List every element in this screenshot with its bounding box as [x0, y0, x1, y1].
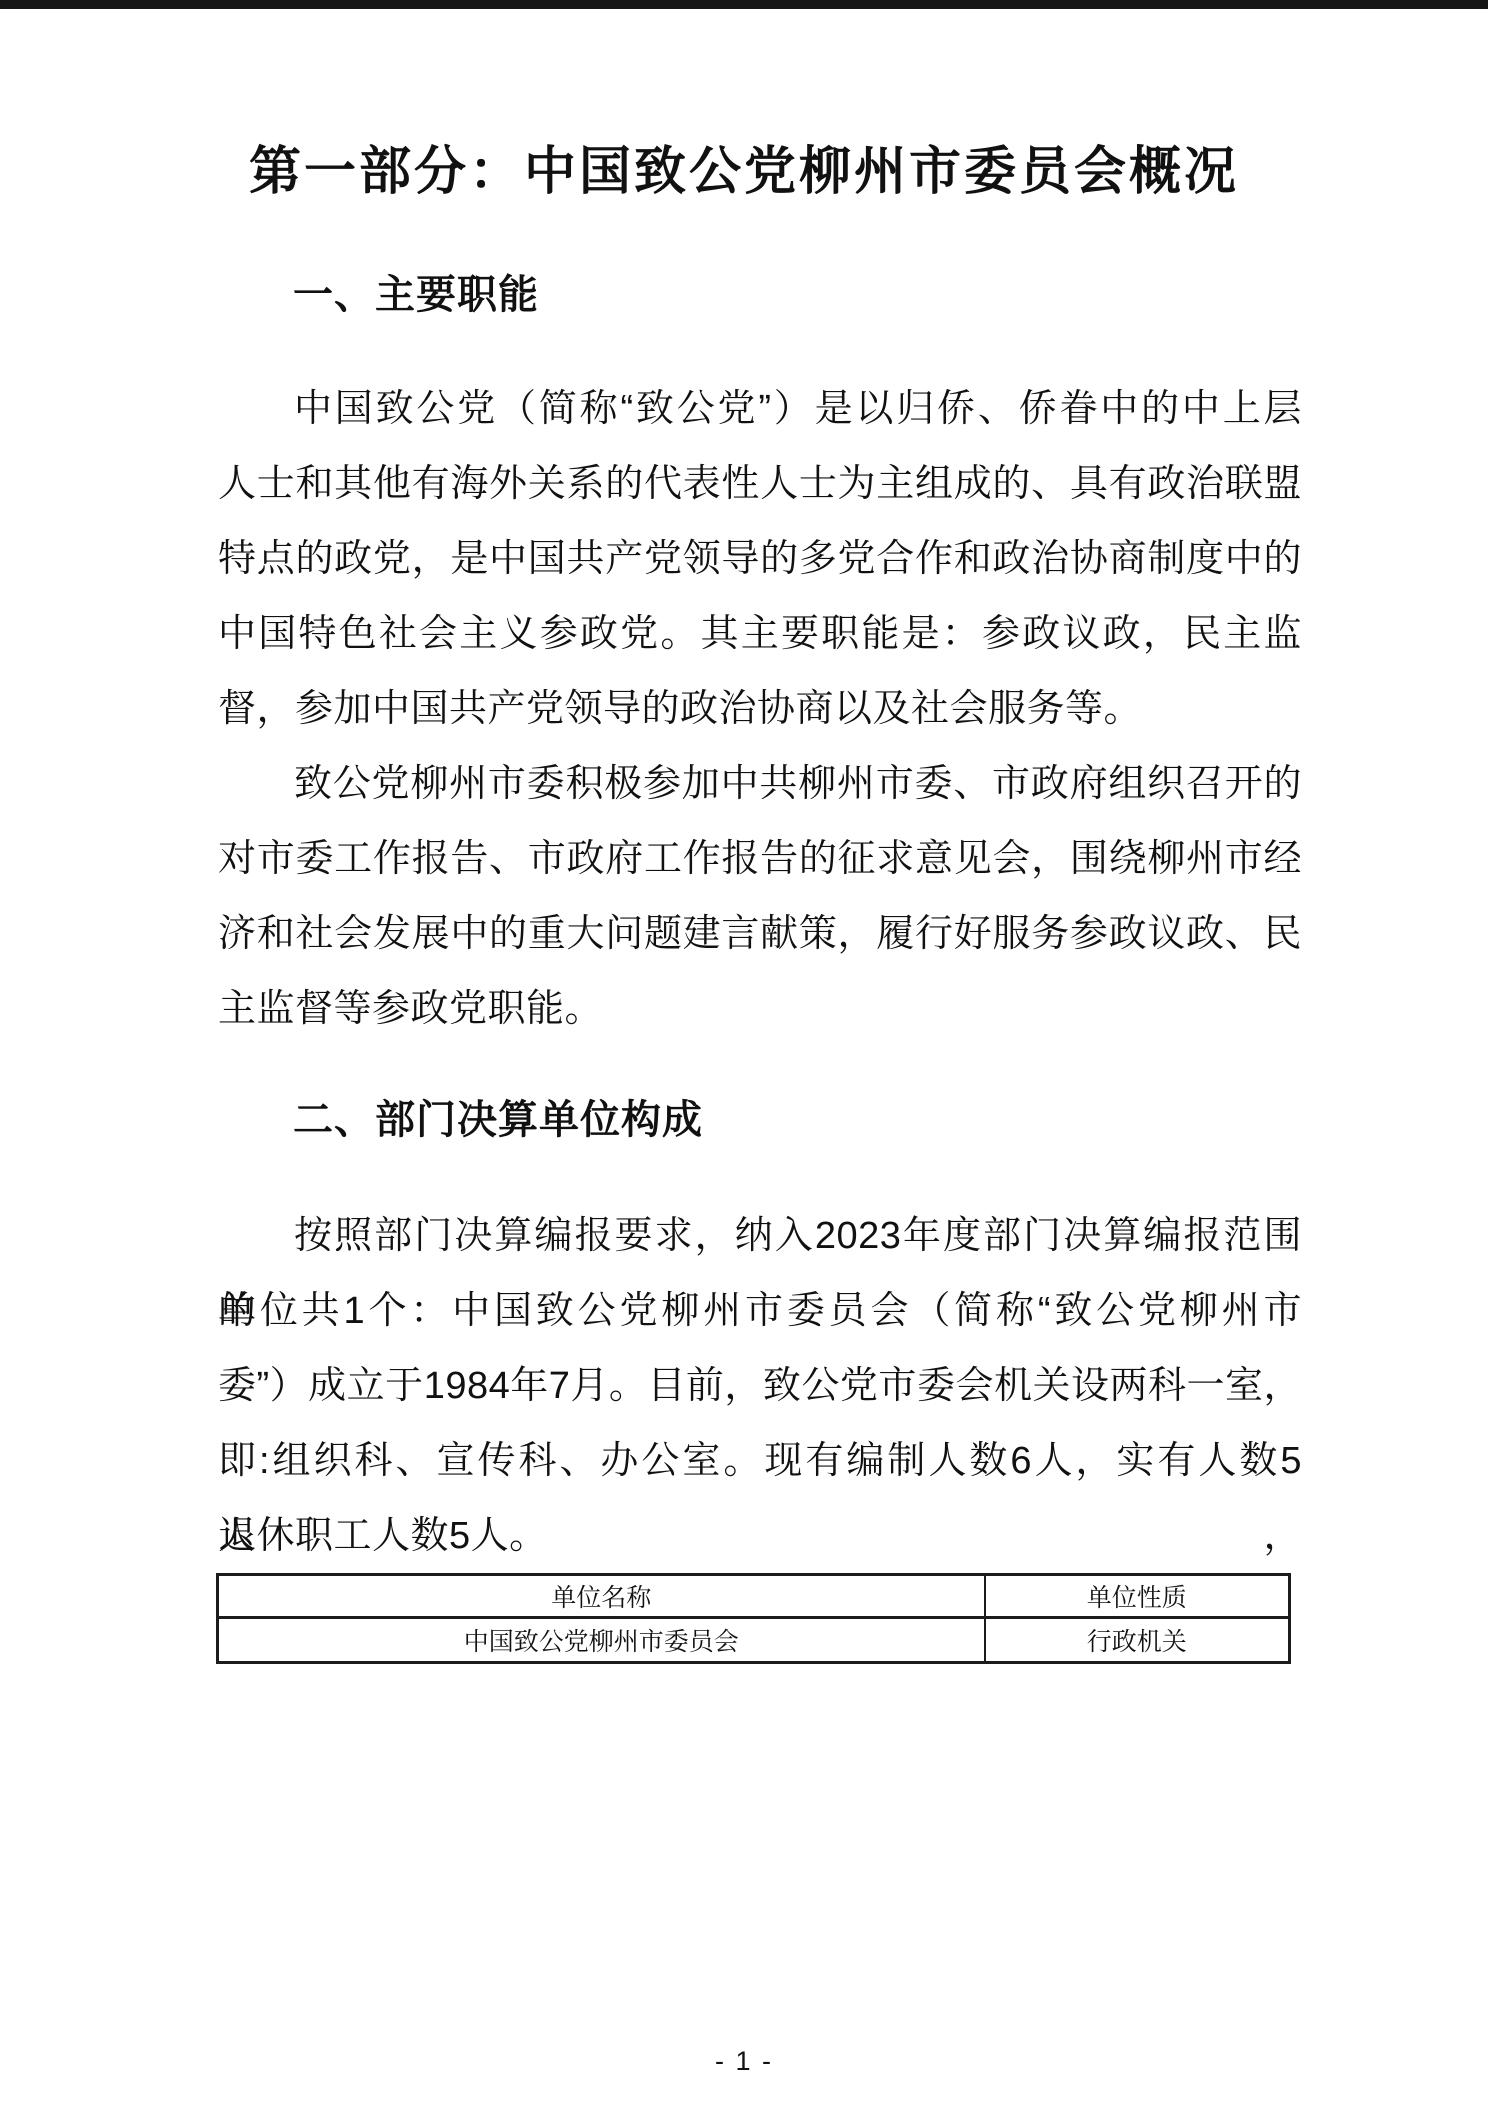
- paragraph: 致公党柳州市委积极参加中共柳州市委、市政府组织召开的对市委工作报告、市政府工作报…: [218, 747, 1302, 1047]
- text-line: 督，参加中国共产党领导的政治协商以及社会服务等。: [218, 672, 1302, 747]
- paragraph: 按照部门决算编报要求，纳入2023年度部门决算编报范围的单位共1个：中国致公党柳…: [218, 1199, 1302, 1574]
- section-heading-main-functions: 一、主要职能: [293, 270, 539, 320]
- table-header-row: 单位名称单位性质: [218, 1575, 1290, 1618]
- document-page: 第一部分：中国致公党柳州市委员会概况 一、主要职能 中国致公党（简称“致公党”）…: [0, 0, 1488, 2104]
- text-line: 单位共1个：中国致公党柳州市委员会（简称“致公党柳州市: [218, 1274, 1302, 1349]
- table-header-cell: 单位名称: [218, 1575, 985, 1618]
- text-line: 按照部门决算编报要求，纳入2023年度部门决算编报范围的: [218, 1199, 1302, 1274]
- paragraph: 中国致公党（简称“致公党”）是以归侨、侨眷中的中上层人士和其他有海外关系的代表性…: [218, 372, 1302, 747]
- table-cell: 行政机关: [985, 1618, 1290, 1663]
- text-line: 委”）成立于1984年7月。目前，致公党市委会机关设两科一室，: [218, 1349, 1302, 1424]
- section-heading-unit-composition: 二、部门决算单位构成: [293, 1095, 703, 1145]
- table-body: 中国致公党柳州市委员会行政机关: [218, 1618, 1290, 1663]
- table-cell: 中国致公党柳州市委员会: [218, 1618, 985, 1663]
- document-title: 第一部分：中国致公党柳州市委员会概况: [0, 140, 1488, 204]
- text-line: 人士和其他有海外关系的代表性人士为主组成的、具有政治联盟: [218, 447, 1302, 522]
- text-line: 对市委工作报告、市政府工作报告的征求意见会，围绕柳州市经: [218, 822, 1302, 897]
- table-header-cell: 单位性质: [985, 1575, 1290, 1618]
- text-line: 即:组织科、宣传科、办公室。现有编制人数6人，实有人数5人，: [218, 1424, 1302, 1499]
- text-line: 主监督等参政党职能。: [218, 972, 1302, 1047]
- unit-composition-table: 单位名称单位性质 中国致公党柳州市委员会行政机关: [216, 1573, 1291, 1664]
- text-line: 中国致公党（简称“致公党”）是以归侨、侨眷中的中上层: [218, 372, 1302, 447]
- table-row: 中国致公党柳州市委员会行政机关: [218, 1618, 1290, 1663]
- text-line: 致公党柳州市委积极参加中共柳州市委、市政府组织召开的: [218, 747, 1302, 822]
- text-line: 中国特色社会主义参政党。其主要职能是：参政议政，民主监: [218, 597, 1302, 672]
- page-top-scan-edge: [0, 0, 1488, 9]
- text-line: 特点的政党，是中国共产党领导的多党合作和政治协商制度中的: [218, 522, 1302, 597]
- page-number: - 1 -: [0, 2044, 1488, 2078]
- text-line: 济和社会发展中的重大问题建言献策，履行好服务参政议政、民: [218, 897, 1302, 972]
